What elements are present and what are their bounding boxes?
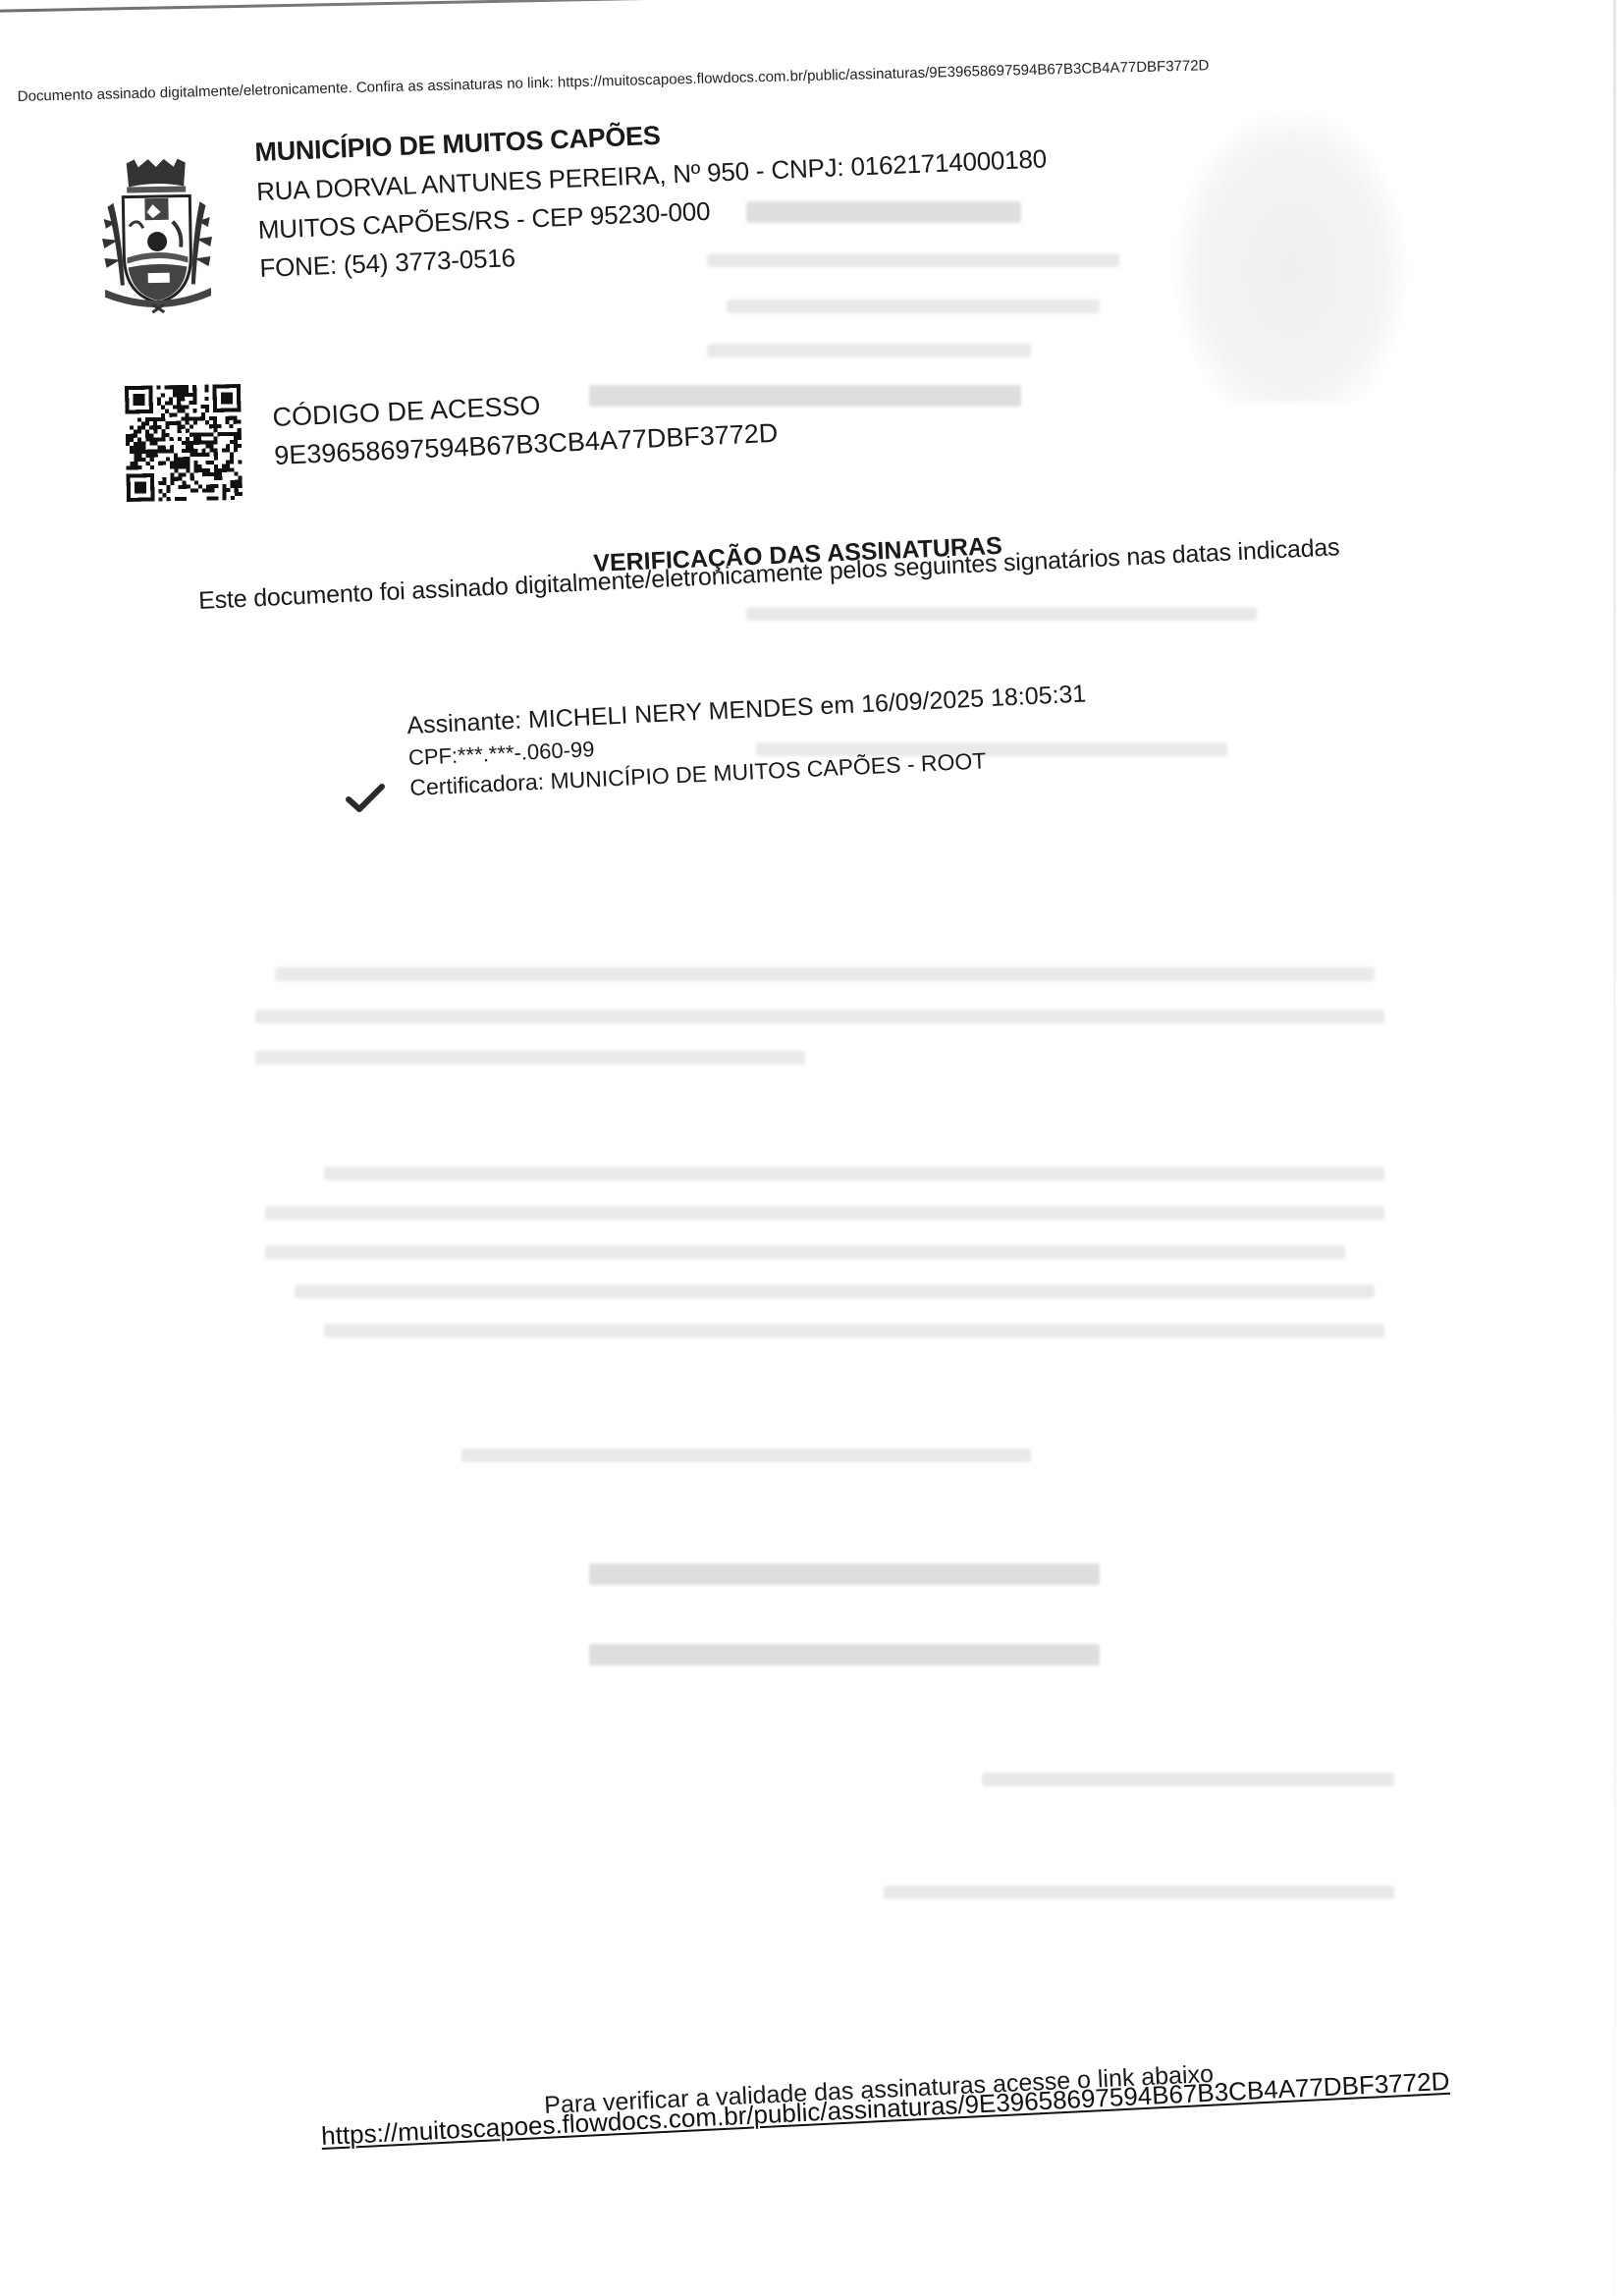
show-through-text (0, 0, 1624, 2296)
checkmark-icon (346, 782, 385, 815)
municipal-coat-of-arms-icon (93, 156, 222, 315)
qr-code-icon (125, 384, 243, 502)
